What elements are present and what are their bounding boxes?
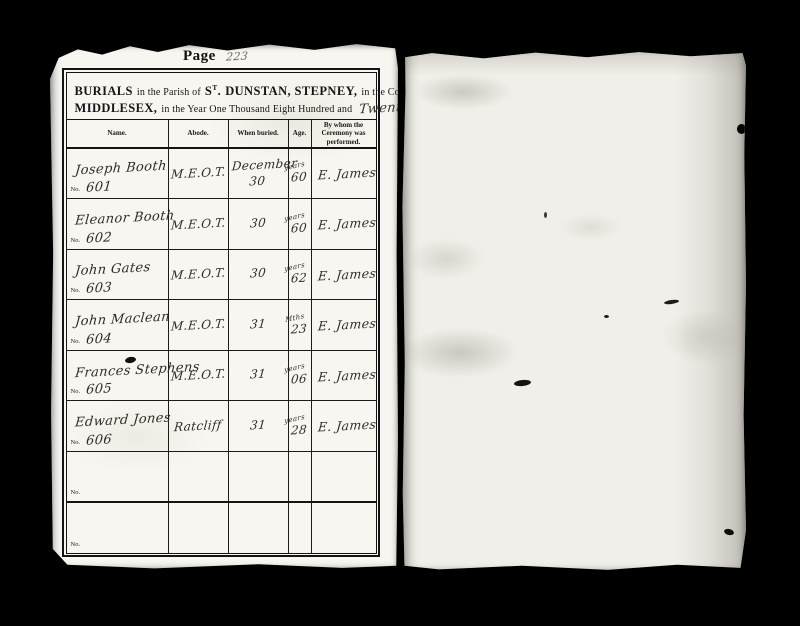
age-value: 60 (291, 170, 308, 185)
register-frame: BURIALS in the Parish of ST. DUNSTAN, ST… (62, 68, 380, 557)
entry-number-line: No. 601 (71, 178, 113, 196)
title-saint-abbrev: ST. (205, 84, 221, 98)
title-line-2: MIDDLESEX, in the Year One Thousand Eigh… (75, 100, 368, 117)
ceremony-cell (312, 503, 376, 553)
abode-value: M.E.O.T. (170, 266, 226, 283)
when-buried-value: 31 (249, 417, 266, 434)
no-label: No. (71, 186, 81, 193)
ceremony-value: E. James (317, 366, 377, 384)
page-label-word: Page (183, 48, 216, 64)
entry-number: 606 (85, 432, 112, 448)
header-ceremony: By whom the Ceremony was performed. (312, 120, 376, 148)
when-buried-cell: 31 (229, 300, 289, 350)
abode-value: Ratcliff (174, 417, 223, 434)
abode-value: M.E.O.T. (170, 215, 226, 232)
ceremony-cell: E. James (312, 351, 376, 401)
table-header-row: Name. Abode. When buried. Age. By whom t… (67, 119, 376, 149)
no-label: No. (71, 439, 81, 446)
ceremony-cell: E. James (312, 199, 376, 249)
age-cell: years 28 (289, 401, 312, 451)
abode-cell: Ratcliff (169, 401, 229, 451)
ceremony-value: E. James (317, 417, 377, 435)
title-seg-parish: in the Parish of (137, 87, 201, 98)
no-label: No. (71, 237, 81, 244)
table-row: Edward Jones No. 606 Ratcliff 31 years 2… (67, 401, 376, 452)
book-scan: Page 223 BURIALS in the Parish of ST. DU… (0, 0, 800, 626)
ceremony-cell: E. James (312, 250, 376, 300)
name-cell: Eleanor Booth No. 602 (67, 199, 169, 249)
stain-speck (664, 299, 679, 305)
entry-number-line: No. 602 (71, 229, 113, 247)
table-row: No. (67, 503, 376, 553)
when-buried-value: 31 (249, 316, 266, 333)
age-cell (289, 503, 312, 553)
header-abode: Abode. (169, 120, 229, 148)
ceremony-value: E. James (317, 265, 377, 283)
name-cell: John Maclean No. 604 (67, 300, 169, 350)
name-value: Edward Jones (74, 411, 171, 431)
register-title: BURIALS in the Parish of ST. DUNSTAN, ST… (67, 73, 376, 117)
name-value: John Maclean (74, 310, 170, 330)
stain-speck (723, 528, 734, 536)
when-buried-cell (229, 452, 289, 502)
entry-number: 602 (85, 230, 112, 246)
age-value: 62 (291, 271, 308, 286)
when-buried-value: 30 (249, 266, 266, 283)
table-row: Frances Stephens No. 605 M.E.O.T. 31 yea… (67, 351, 376, 402)
when-buried-cell (229, 503, 289, 553)
ceremony-cell: E. James (312, 149, 376, 199)
header-age: Age. (289, 120, 312, 148)
table-row: Joseph Booth No. 601 M.E.O.T. December 3… (67, 149, 376, 200)
stain-speck (544, 212, 547, 218)
title-burials: BURIALS (75, 84, 133, 98)
title-county-name: MIDDLESEX, (75, 101, 158, 115)
age-value: 28 (291, 422, 308, 437)
abode-cell (169, 452, 229, 502)
register-page: Page 223 BURIALS in the Parish of ST. DU… (50, 42, 398, 570)
register-frame-inner: BURIALS in the Parish of ST. DUNSTAN, ST… (66, 72, 377, 554)
when-buried-cell: 30 (229, 199, 289, 249)
entry-number-line: No. 604 (71, 330, 113, 348)
table-body: Joseph Booth No. 601 M.E.O.T. December 3… (67, 149, 376, 553)
name-cell: John Gates No. 603 (67, 250, 169, 300)
abode-cell: M.E.O.T. (169, 351, 229, 401)
when-buried-cell: 31 (229, 401, 289, 451)
ceremony-value: E. James (317, 316, 377, 334)
header-name: Name. (67, 120, 169, 148)
table-row: No. (67, 452, 376, 504)
age-cell: years 62 (289, 250, 312, 300)
name-cell: No. (67, 503, 169, 553)
entry-number: 605 (85, 381, 112, 397)
entry-number-line: No. 606 (71, 431, 113, 449)
age-cell: years 60 (289, 199, 312, 249)
no-label: No. (71, 338, 81, 345)
name-value: Joseph Booth (74, 158, 167, 178)
age-value: 23 (291, 321, 308, 336)
ceremony-cell (312, 452, 376, 502)
ceremony-cell: E. James (312, 300, 376, 350)
when-buried-cell: 31 (229, 351, 289, 401)
ceremony-value: E. James (317, 215, 377, 233)
abode-value: M.E.O.T. (170, 165, 226, 182)
name-cell: Frances Stephens No. 605 (67, 351, 169, 401)
table-row: John Gates No. 603 M.E.O.T. 30 years 62 … (67, 250, 376, 301)
age-cell: years 60 (289, 149, 312, 199)
when-buried-cell: 30 (229, 250, 289, 300)
blank-page (401, 50, 746, 572)
age-cell (289, 452, 312, 502)
no-label: No. (71, 541, 81, 548)
title-line-1: BURIALS in the Parish of ST. DUNSTAN, ST… (75, 80, 368, 100)
age-cell: Mths 23 (289, 300, 312, 350)
entry-number: 604 (85, 331, 112, 347)
when-buried-value: December 30 (230, 156, 287, 190)
abode-cell: M.E.O.T. (169, 199, 229, 249)
name-cell: Edward Jones No. 606 (67, 401, 169, 451)
page-number: 223 (225, 49, 248, 63)
abode-cell: M.E.O.T. (169, 300, 229, 350)
no-label: No. (71, 388, 81, 395)
abode-value: M.E.O.T. (170, 316, 226, 333)
title-year-handwritten: Twenty (359, 99, 411, 117)
title-seg-year: in the Year One Thousand Eight Hundred a… (161, 104, 352, 115)
age-value: 06 (291, 372, 308, 387)
table-row: John Maclean No. 604 M.E.O.T. 31 Mths 23… (67, 300, 376, 351)
name-cell: No. (67, 452, 169, 502)
abode-cell: M.E.O.T. (169, 250, 229, 300)
name-value: Eleanor Booth (74, 209, 175, 229)
entry-number-line: No. 603 (71, 279, 113, 297)
entry-number-line: No. 605 (71, 380, 113, 398)
abode-cell: M.E.O.T. (169, 149, 229, 199)
entry-number: 601 (85, 179, 112, 195)
when-buried-value: 31 (249, 367, 266, 384)
burial-table: Name. Abode. When buried. Age. By whom t… (67, 119, 376, 553)
name-value: John Gates (74, 260, 151, 279)
abode-cell (169, 503, 229, 553)
ceremony-cell: E. James (312, 401, 376, 451)
ceremony-value: E. James (317, 164, 377, 182)
stain-speck (604, 315, 609, 318)
stain-speck (737, 124, 746, 134)
entry-number-line: No. (71, 481, 87, 499)
table-row: Eleanor Booth No. 602 M.E.O.T. 30 years … (67, 199, 376, 250)
entry-number-line: No. (71, 533, 87, 551)
age-value: 60 (291, 220, 308, 235)
stain-speck (514, 379, 532, 387)
when-buried-value: 30 (249, 215, 266, 232)
no-label: No. (71, 287, 81, 294)
name-cell: Joseph Booth No. 601 (67, 149, 169, 199)
title-parish-name: DUNSTAN, STEPNEY, (225, 84, 357, 98)
entry-number: 603 (85, 280, 112, 296)
header-when-buried: When buried. (229, 120, 289, 148)
page-label: Page 223 (183, 47, 248, 65)
abode-value: M.E.O.T. (170, 367, 226, 384)
when-buried-cell: December 30 (229, 149, 289, 199)
no-label: No. (71, 489, 81, 496)
age-cell: years 06 (289, 351, 312, 401)
